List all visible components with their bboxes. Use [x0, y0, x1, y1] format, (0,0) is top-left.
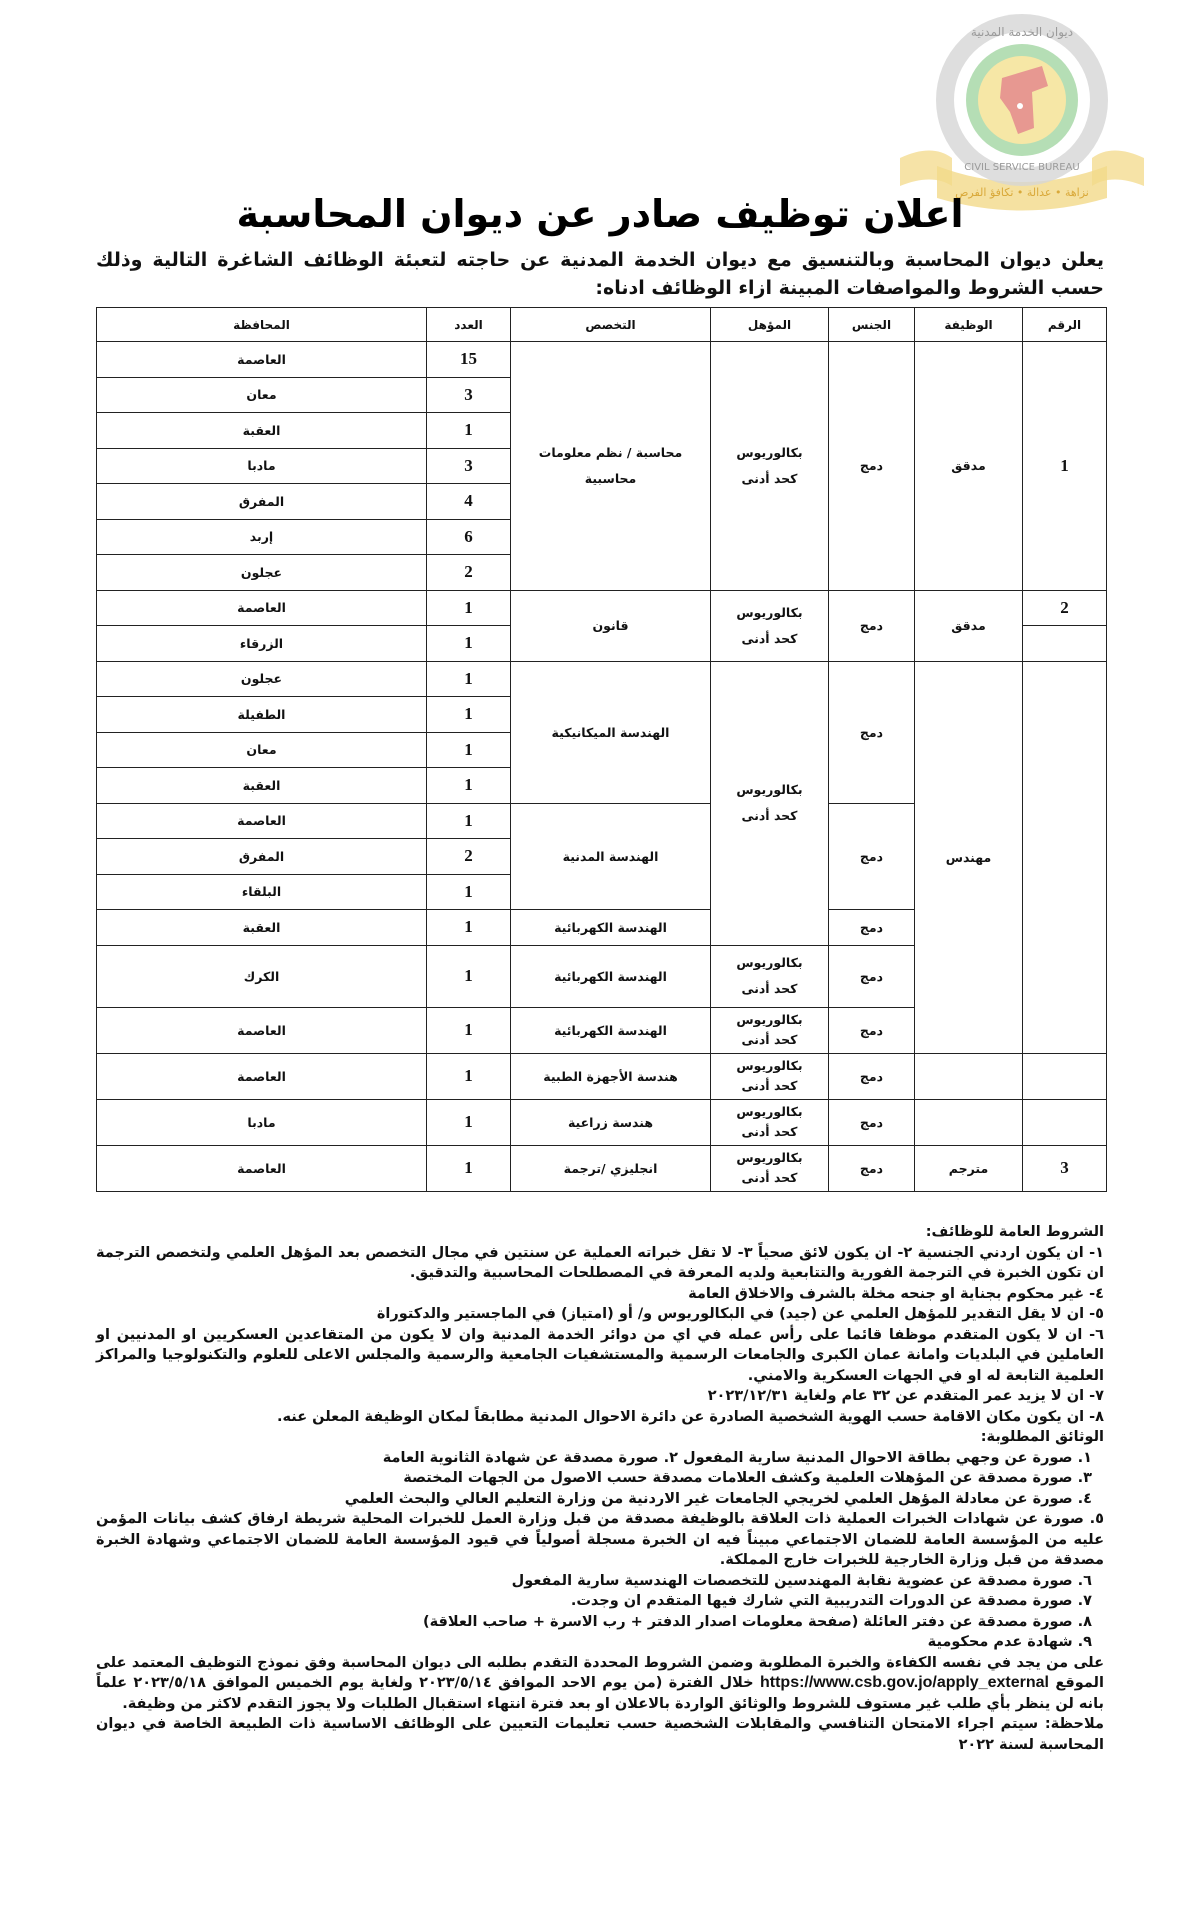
condition-1-3: ١- ان يكون اردني الجنسية ٢- ان يكون لائق…	[96, 1243, 1104, 1284]
count: 1	[427, 1007, 511, 1053]
note: ملاحظة: سيتم اجراء الامتحان التنافسي وال…	[96, 1714, 1104, 1755]
condition-8: ٨- ان يكون مكان الاقامة حسب الهوية الشخص…	[96, 1407, 1104, 1428]
qualification: بكالوريوسكحد أدنى	[711, 661, 829, 945]
gender: دمج	[829, 590, 915, 661]
civil-service-bureau-logo: نزاهة • عدالة • تكافؤ الفرص CIVIL SERVIC…	[892, 8, 1152, 218]
count: 1	[427, 768, 511, 804]
qualification: بكالوريوسكحد أدنى	[711, 590, 829, 661]
svg-text:ديوان الخدمة المدنية: ديوان الخدمة المدنية	[971, 25, 1073, 40]
governorate: العاصمة	[97, 1007, 427, 1053]
row-number: 1	[1023, 342, 1107, 591]
documents-heading: الوثائق المطلوبة:	[96, 1427, 1104, 1448]
governorate: البلقاء	[97, 874, 427, 910]
document-8: ٨. صورة مصدقة عن دفتر العائلة (صفحة معلو…	[96, 1612, 1104, 1633]
document-1-2: ١. صورة عن وجهي بطاقة الاحوال المدنية سا…	[96, 1448, 1104, 1469]
governorate: العاصمة	[97, 1145, 427, 1191]
document-5: ٥. صورة عن شهادات الخبرات العملية ذات ال…	[96, 1509, 1104, 1571]
gender: دمج	[829, 945, 915, 1007]
gender: دمج	[829, 1145, 915, 1191]
job-title-empty	[915, 1099, 1023, 1145]
row-number-empty	[1023, 661, 1107, 1053]
document-3: ٣. صورة مصدقة عن المؤهلات العلمية وكشف ا…	[96, 1468, 1104, 1489]
specialization: هندسة الأجهزة الطبية	[511, 1053, 711, 1099]
document-4: ٤. صورة عن معادلة المؤهل العلمي لخريجي ا…	[96, 1489, 1104, 1510]
governorate: العاصمة	[97, 342, 427, 378]
gender: دمج	[829, 1053, 915, 1099]
count: 1	[427, 1053, 511, 1099]
governorate: العاصمة	[97, 1053, 427, 1099]
col-governorate: المحافظة	[97, 308, 427, 342]
qualification: بكالوريوسكحد أدنى	[711, 1145, 829, 1191]
count: 3	[427, 448, 511, 484]
count: 1	[427, 413, 511, 449]
condition-7: ٧- ان لا يزيد عمر المتقدم عن ٣٢ عام ولغا…	[96, 1386, 1104, 1407]
row-number-empty	[1023, 1099, 1107, 1145]
document-6: ٦. صورة مصدقة عن عضوية نقابة المهندسين ل…	[96, 1571, 1104, 1592]
governorate: المفرق	[97, 484, 427, 520]
row-number: 3	[1023, 1145, 1107, 1191]
job-title: مدقق	[915, 342, 1023, 591]
specialization: الهندسة الكهربائية	[511, 1007, 711, 1053]
specialization: الهندسة الكهربائية	[511, 910, 711, 946]
count: 1	[427, 626, 511, 662]
table-row: مهندس دمج بكالوريوسكحد أدنى الهندسة المي…	[97, 661, 1107, 697]
emblem-icon: نزاهة • عدالة • تكافؤ الفرص CIVIL SERVIC…	[892, 8, 1152, 218]
document-9: ٩. شهادة عدم محكومية	[96, 1632, 1104, 1653]
count: 15	[427, 342, 511, 378]
governorate: إربد	[97, 519, 427, 555]
count: 1	[427, 732, 511, 768]
condition-6: ٦- ان لا يكون المتقدم موظفا قائما على رأ…	[96, 1325, 1104, 1387]
governorate: مادبا	[97, 1099, 427, 1145]
table-row: دمج بكالوريوسكحد أدنى هندسة الأجهزة الطب…	[97, 1053, 1107, 1099]
job-title-empty	[915, 1053, 1023, 1099]
job-title: مترجم	[915, 1145, 1023, 1191]
count: 1	[427, 590, 511, 626]
col-number: الرقم	[1023, 308, 1107, 342]
row-number-empty	[1023, 626, 1107, 662]
governorate: معان	[97, 732, 427, 768]
qualification: بكالوريوسكحد أدنى	[711, 945, 829, 1007]
governorate: الزرقاء	[97, 626, 427, 662]
condition-4: ٤- غير محكوم بجناية او جنحه مخلة بالشرف …	[96, 1284, 1104, 1305]
job-title: مدقق	[915, 590, 1023, 661]
condition-5: ٥- ان لا يقل التقدير للمؤهل العلمي عن (ج…	[96, 1304, 1104, 1325]
count: 6	[427, 519, 511, 555]
governorate: العاصمة	[97, 803, 427, 839]
qualification: بكالوريوسكحد أدنى	[711, 1099, 829, 1145]
count: 4	[427, 484, 511, 520]
col-specialization: التخصص	[511, 308, 711, 342]
governorate: عجلون	[97, 661, 427, 697]
table-row: 3 مترجم دمج بكالوريوسكحد أدنى انجليزي /ت…	[97, 1145, 1107, 1191]
governorate: العقبة	[97, 910, 427, 946]
specialization: محاسبة / نظم معلومات محاسبية	[511, 342, 711, 591]
specialization: الهندسة الميكانيكية	[511, 661, 711, 803]
col-job: الوظيفة	[915, 308, 1023, 342]
table-header-row: الرقم الوظيفة الجنس المؤهل التخصص العدد …	[97, 308, 1107, 342]
specialization: الهندسة المدنية	[511, 803, 711, 910]
gender: دمج	[829, 910, 915, 946]
gender: دمج	[829, 1007, 915, 1053]
table-row: 1 مدقق دمج بكالوريوسكحد أدنى محاسبة / نظ…	[97, 342, 1107, 378]
count: 1	[427, 945, 511, 1007]
qualification: بكالوريوسكحد أدنى	[711, 1007, 829, 1053]
document-7: ٧. صورة مصدقة عن الدورات التدريبية التي …	[96, 1591, 1104, 1612]
conditions-heading: الشروط العامة للوظائف:	[96, 1222, 1104, 1243]
governorate: عجلون	[97, 555, 427, 591]
count: 2	[427, 839, 511, 875]
count: 1	[427, 661, 511, 697]
row-number-empty	[1023, 1053, 1107, 1099]
col-gender: الجنس	[829, 308, 915, 342]
job-title: مهندس	[915, 661, 1023, 1053]
intro-paragraph: يعلن ديوان المحاسبة وبالتنسيق مع ديوان ا…	[96, 246, 1104, 302]
governorate: مادبا	[97, 448, 427, 484]
governorate: معان	[97, 377, 427, 413]
count: 2	[427, 555, 511, 591]
apply-url-link[interactable]: https://www.csb.gov.jo/apply_external	[760, 1674, 1049, 1691]
count: 1	[427, 874, 511, 910]
governorate: العقبة	[97, 768, 427, 804]
gender: دمج	[829, 1099, 915, 1145]
governorate: الكرك	[97, 945, 427, 1007]
count: 3	[427, 377, 511, 413]
conditions-section: الشروط العامة للوظائف: ١- ان يكون اردني …	[96, 1222, 1104, 1755]
governorate: الطفيلة	[97, 697, 427, 733]
gender: دمج	[829, 803, 915, 910]
specialization: هندسة زراعية	[511, 1099, 711, 1145]
count: 1	[427, 803, 511, 839]
table-row: 2 مدقق دمج بكالوريوسكحد أدنى قانون 1 الع…	[97, 590, 1107, 626]
count: 1	[427, 910, 511, 946]
qualification: بكالوريوسكحد أدنى	[711, 1053, 829, 1099]
governorate: العاصمة	[97, 590, 427, 626]
specialization: قانون	[511, 590, 711, 661]
governorate: المفرق	[97, 839, 427, 875]
apply-instructions: على من يجد في نفسه الكفاءة والخبرة المطل…	[96, 1653, 1104, 1715]
row-number: 2	[1023, 590, 1107, 626]
page-title: اعلان توظيف صادر عن ديوان المحاسبة	[0, 192, 1200, 236]
count: 1	[427, 1145, 511, 1191]
col-qualification: المؤهل	[711, 308, 829, 342]
gender: دمج	[829, 342, 915, 591]
vacancies-table: الرقم الوظيفة الجنس المؤهل التخصص العدد …	[96, 307, 1107, 1192]
col-count: العدد	[427, 308, 511, 342]
governorate: العقبة	[97, 413, 427, 449]
svg-text:CIVIL SERVICE BUREAU: CIVIL SERVICE BUREAU	[964, 162, 1079, 173]
gender: دمج	[829, 661, 915, 803]
count: 1	[427, 1099, 511, 1145]
specialization: انجليزي /ترجمة	[511, 1145, 711, 1191]
qualification: بكالوريوسكحد أدنى	[711, 342, 829, 591]
specialization: الهندسة الكهربائية	[511, 945, 711, 1007]
table-row: دمج بكالوريوسكحد أدنى هندسة زراعية 1 ماد…	[97, 1099, 1107, 1145]
count: 1	[427, 697, 511, 733]
